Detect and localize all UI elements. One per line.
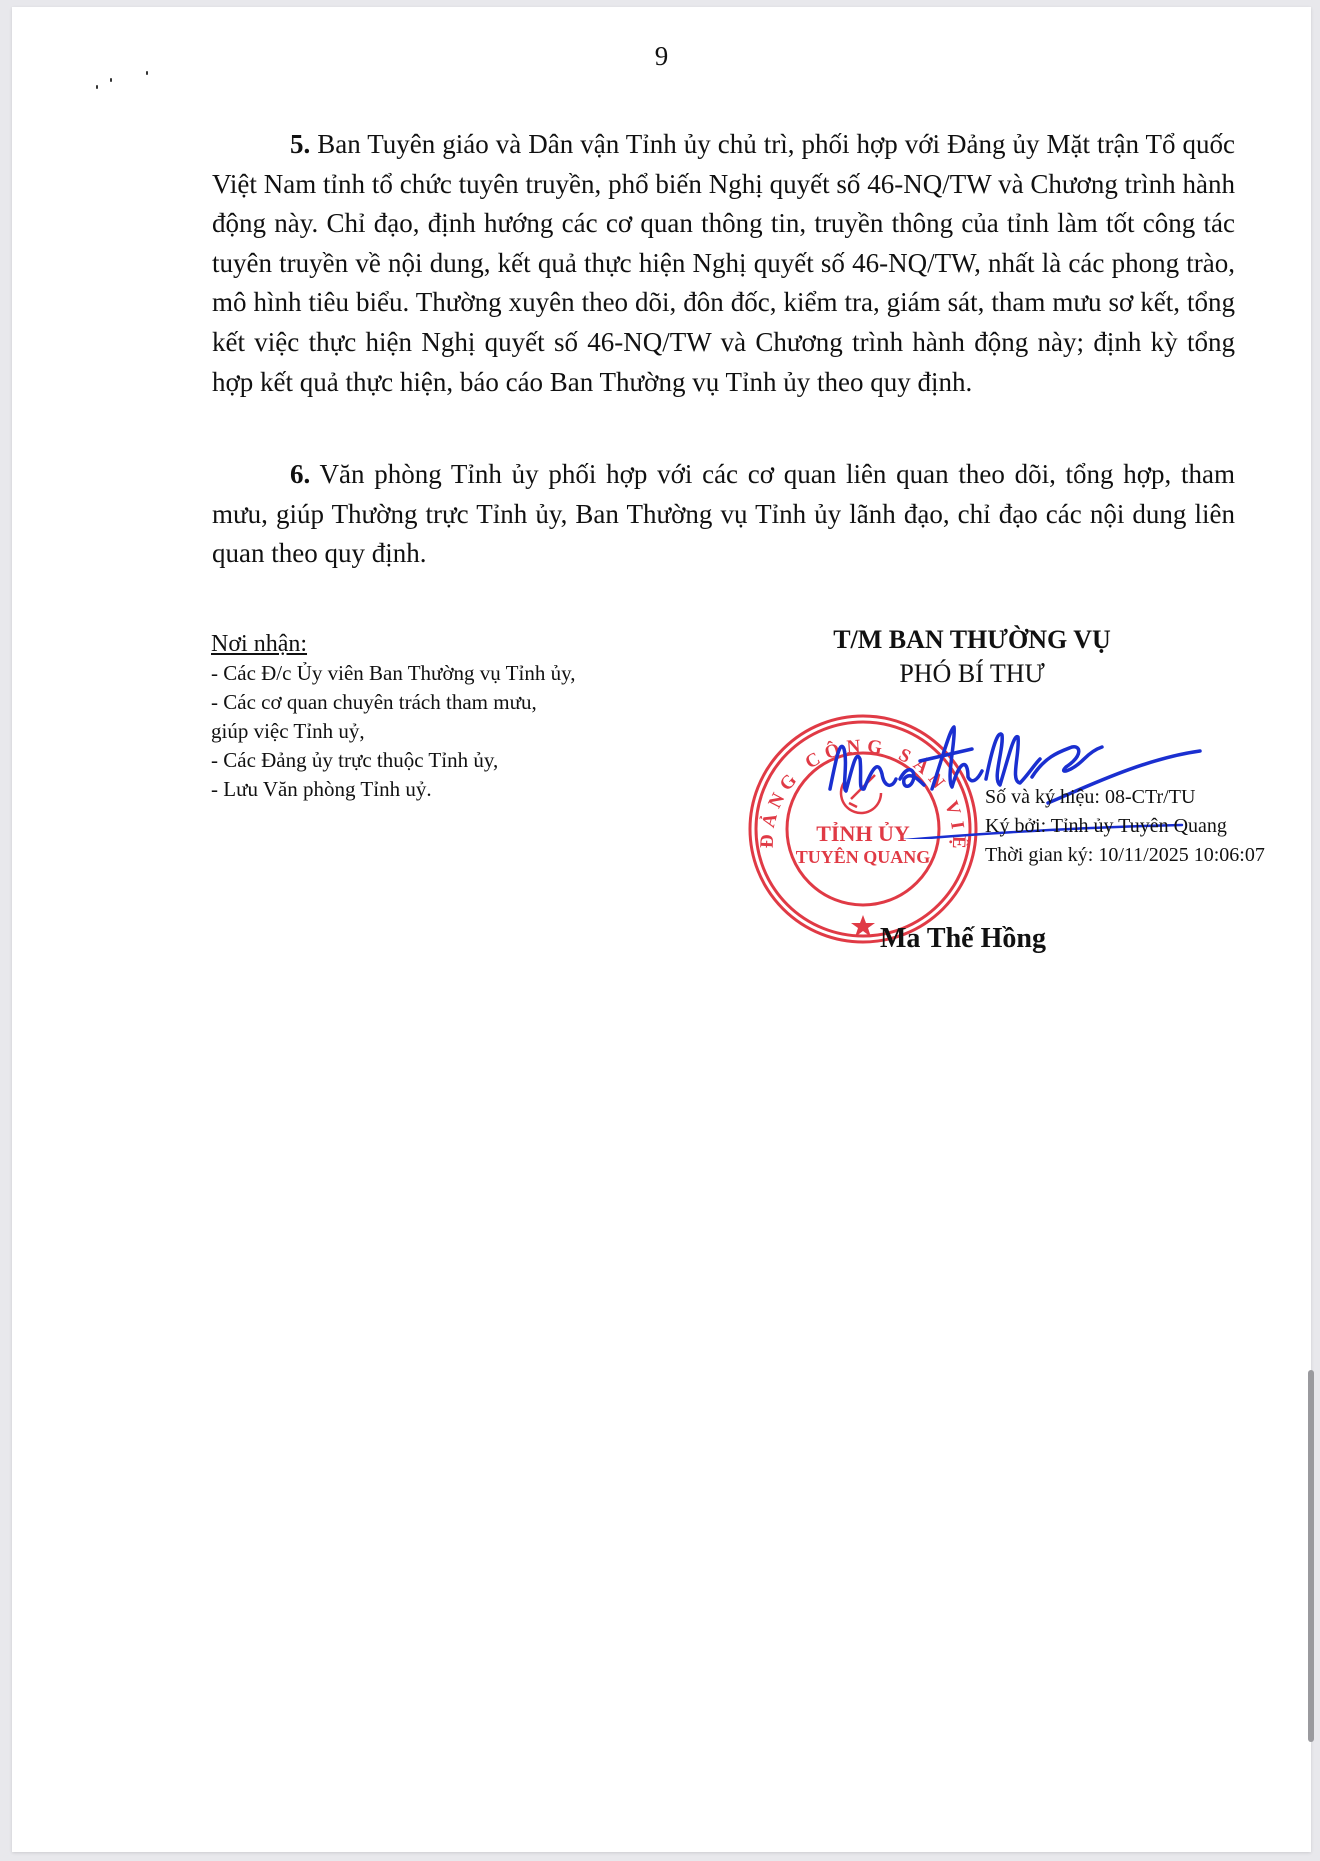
paragraph-5: 5. Ban Tuyên giáo và Dân vận Tỉnh ủy chủ… [212,125,1235,402]
recipients-heading: Nơi nhận: [211,629,575,659]
document-page: 9 5. Ban Tuyên giáo và Dân vận Tỉnh ủy c… [12,7,1311,1852]
recipient-line: - Các Đ/c Ủy viên Ban Thường vụ Tỉnh ủy, [211,659,575,688]
recipient-line: - Lưu Văn phòng Tỉnh uỷ. [211,775,575,804]
paragraph-text: Ban Tuyên giáo và Dân vận Tỉnh ủy chủ tr… [212,129,1235,397]
paragraph-text: Văn phòng Tỉnh ủy phối hợp với các cơ qu… [212,459,1235,568]
recipients-block: Nơi nhận: - Các Đ/c Ủy viên Ban Thường v… [211,629,575,804]
svg-text:TUYÊN QUANG: TUYÊN QUANG [796,846,931,867]
digital-signature-info: Số và ký hiệu: 08-CTr/TU Ký bởi: Tỉnh ủy… [985,783,1265,870]
document-number: Số và ký hiệu: 08-CTr/TU [985,783,1265,812]
paragraph-6: 6. Văn phòng Tỉnh ủy phối hợp với các cơ… [212,455,1235,574]
signature-title: T/M BAN THƯỜNG VỤ [772,623,1172,657]
page-number: 9 [12,41,1311,72]
signed-time: Thời gian ký: 10/11/2025 10:06:07 [985,841,1265,870]
recipient-line: - Các cơ quan chuyên trách tham mưu, [211,688,575,717]
signer-name: Ma Thế Hồng [880,923,1046,955]
paragraph-number: 5. [290,129,310,159]
signature-heading: T/M BAN THƯỜNG VỤ PHÓ BÍ THƯ [772,623,1172,691]
signature-role: PHÓ BÍ THƯ [772,657,1172,691]
paragraph-number: 6. [290,459,310,489]
vertical-scrollbar[interactable] [1308,0,1316,1861]
recipient-line: giúp việc Tỉnh uỷ, [211,717,575,746]
signed-by: Ký bởi: Tỉnh ủy Tuyên Quang [985,812,1265,841]
recipient-line: - Các Đảng ủy trực thuộc Tỉnh ủy, [211,746,575,775]
scrollbar-thumb[interactable] [1308,1370,1314,1742]
